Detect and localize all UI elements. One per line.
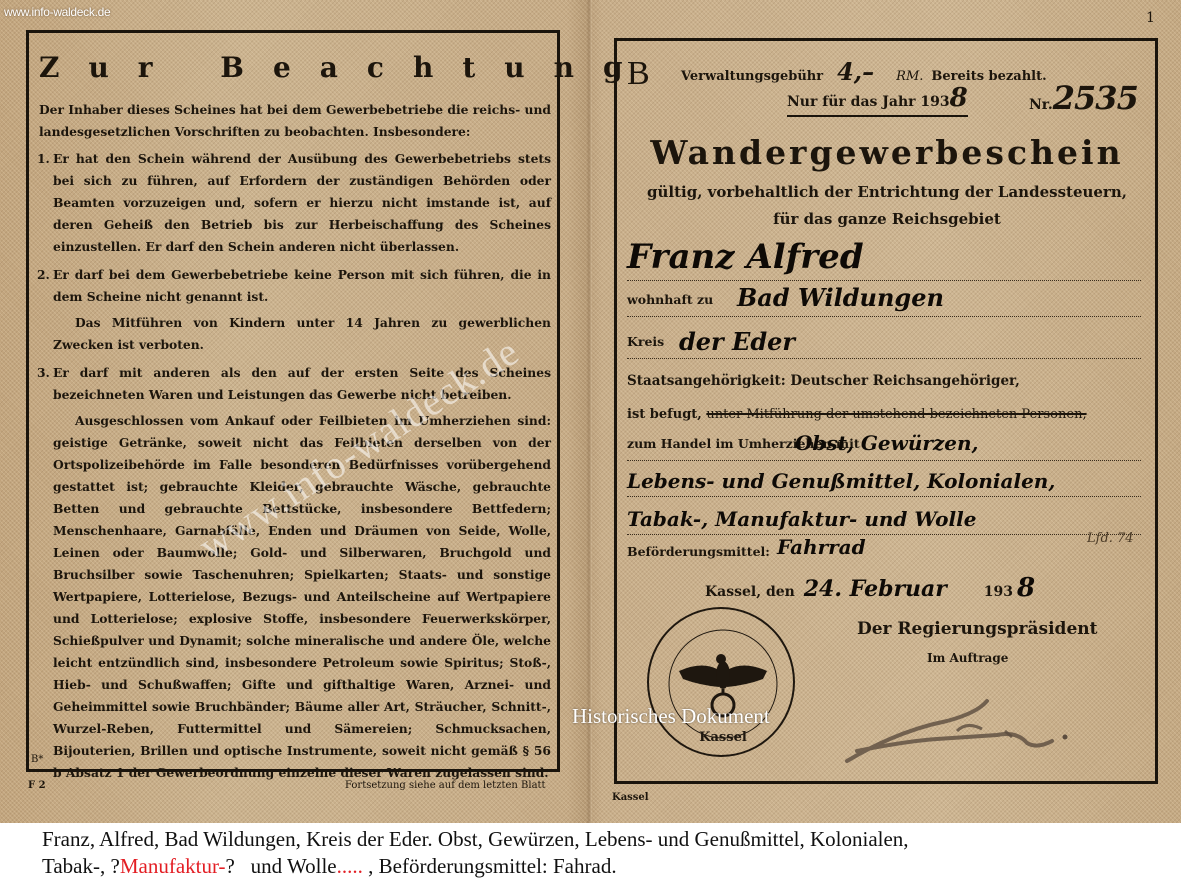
year-row: Nur für das Jahr 1938 bbox=[787, 83, 968, 117]
citizenship-field: Staatsangehörigkeit: Deutscher Reichsang… bbox=[627, 373, 1147, 397]
rule-item: 2. Er darf bei dem Gewerbebetriebe keine… bbox=[37, 264, 551, 356]
trade-goods-line: Lebens- und Genußmittel, Kolonialen, bbox=[627, 469, 1147, 499]
fee-label: Verwaltungsgebühr bbox=[681, 69, 823, 84]
residence-label: wohnhaft zu bbox=[627, 292, 713, 307]
document-title: Wandergewerbeschein bbox=[617, 133, 1157, 172]
district-value: der Eder bbox=[679, 327, 795, 356]
signature-icon bbox=[837, 691, 1077, 771]
page-fold bbox=[586, 0, 592, 823]
authorized-label: ist befugt, bbox=[627, 407, 702, 422]
caption-text: , Beförderungsmittel: Fahrad. bbox=[363, 854, 617, 878]
trade-goods-line: Tabak-, Manufaktur- und Wolle bbox=[627, 507, 1147, 537]
citizenship-value: Deutscher Reichsangehöriger, bbox=[790, 373, 1019, 389]
historical-document-label: Historisches Dokument bbox=[572, 704, 770, 729]
caption-line-2: Tabak-, ?Manufaktur-? und Wolle..... , B… bbox=[42, 853, 1172, 880]
dotted-line bbox=[627, 358, 1141, 359]
dotted-line bbox=[627, 534, 1141, 535]
rule-number: 2. bbox=[37, 264, 53, 356]
authorization-field: ist befugt, unter Mitführung der umstehe… bbox=[627, 407, 1147, 431]
official-title: Der Regierungspräsident bbox=[857, 619, 1097, 639]
rule-item: 3. Er darf mit anderen als den auf der e… bbox=[37, 362, 551, 784]
permit-number: Nr.2535 bbox=[1029, 79, 1138, 117]
authorized-struck-text: unter Mitführung der umstehend bezeichne… bbox=[706, 407, 1086, 422]
box-mark: B* bbox=[31, 754, 43, 765]
by-order-label: Im Auftrage bbox=[927, 651, 1008, 665]
rule-text: Er hat den Schein während der Ausübung d… bbox=[53, 148, 551, 258]
page-number: 1 bbox=[1146, 10, 1155, 26]
series-letter: B bbox=[627, 55, 650, 93]
trade-value-line3: Tabak-, Manufaktur- und Wolle bbox=[627, 507, 976, 531]
year-label: Nur für das Jahr 193 bbox=[787, 94, 950, 110]
rule-text: Er darf bei dem Gewerbebetriebe keine Pe… bbox=[53, 264, 551, 308]
instructions-panel: Zur Beachtung Der Inhaber dieses Scheine… bbox=[26, 30, 560, 772]
residence-field: wohnhaft zu Bad Wildungen bbox=[627, 289, 1147, 319]
transport-label: Beförderungsmittel: bbox=[627, 544, 770, 559]
eagle-emblem-icon: Kassel bbox=[649, 609, 797, 759]
transport-field: Beförderungsmittel: Fahrrad bbox=[627, 541, 1147, 569]
fee-row: Verwaltungsgebühr4,–RM.Bereits bezahlt. bbox=[681, 57, 1047, 86]
dotted-line bbox=[627, 316, 1141, 317]
caption-ellipsis: ..... bbox=[337, 854, 363, 878]
footer-city: Kassel bbox=[612, 792, 649, 803]
permit-panel: B Verwaltungsgebühr4,–RM.Bereits bezahlt… bbox=[614, 38, 1158, 784]
citizenship-label: Staatsangehörigkeit: bbox=[627, 373, 786, 389]
holder-name: Franz Alfred bbox=[627, 237, 864, 277]
holder-name-field: Franz Alfred bbox=[627, 231, 1147, 283]
fee-value: 4,– bbox=[837, 57, 874, 86]
instructions-title: Zur Beachtung bbox=[39, 51, 549, 84]
rule-item: 1. Er hat den Schein während der Ausübun… bbox=[37, 148, 551, 258]
residence-value: Bad Wildungen bbox=[737, 283, 944, 312]
fee-currency: RM. bbox=[896, 69, 923, 84]
seal-city: Kassel bbox=[699, 730, 747, 745]
rule-number: 1. bbox=[37, 148, 53, 258]
date-value: 24. Februar bbox=[804, 576, 947, 602]
transcription-caption: Franz, Alfred, Bad Wildungen, Kreis der … bbox=[42, 826, 1172, 880]
subtitle-line: gültig, vorbehaltlich der Entrichtung de… bbox=[617, 179, 1157, 206]
dotted-line bbox=[627, 496, 1141, 497]
trade-value-line2: Lebens- und Genußmittel, Kolonialen, bbox=[627, 469, 1055, 493]
watermark-url: www.info-waldeck.de bbox=[4, 5, 110, 19]
caption-uncertain-word: Manufaktur- bbox=[120, 854, 226, 878]
year-digit: 8 bbox=[950, 83, 968, 113]
date-year-digit: 8 bbox=[1017, 573, 1035, 603]
trade-value-line1: Obst, Gewürzen, bbox=[795, 431, 979, 455]
number-label: Nr. bbox=[1029, 97, 1053, 113]
caption-text: Tabak-, ? bbox=[42, 854, 120, 878]
number-value: 2535 bbox=[1053, 79, 1138, 117]
form-code: F 2 bbox=[28, 780, 46, 791]
district-label: Kreis bbox=[627, 334, 664, 349]
issue-date: Kassel, den 24. Februar 1938 bbox=[705, 573, 1067, 603]
official-seal: Kassel bbox=[647, 607, 795, 757]
subtitle-line: für das ganze Reichsgebiet bbox=[617, 206, 1157, 233]
document-subtitle: gültig, vorbehaltlich der Entrichtung de… bbox=[617, 179, 1157, 233]
rule-number: 3. bbox=[37, 362, 53, 784]
dotted-line bbox=[627, 280, 1141, 281]
trade-field: zum Handel im Umherziehen mit Obst, Gewü… bbox=[627, 433, 1147, 463]
dotted-line bbox=[627, 460, 1141, 461]
transport-value: Fahrrad bbox=[777, 535, 866, 559]
date-year-prefix: 193 bbox=[984, 584, 1013, 600]
caption-text: ? und Wolle bbox=[226, 854, 337, 878]
caption-line-1: Franz, Alfred, Bad Wildungen, Kreis der … bbox=[42, 826, 1172, 853]
district-field: Kreis der Eder bbox=[627, 331, 1147, 361]
place-label: Kassel, den bbox=[705, 584, 795, 600]
instructions-intro: Der Inhaber dieses Scheines hat bei dem … bbox=[39, 99, 551, 143]
continuation-note: Fortsetzung siehe auf dem letzten Blatt bbox=[345, 780, 546, 791]
